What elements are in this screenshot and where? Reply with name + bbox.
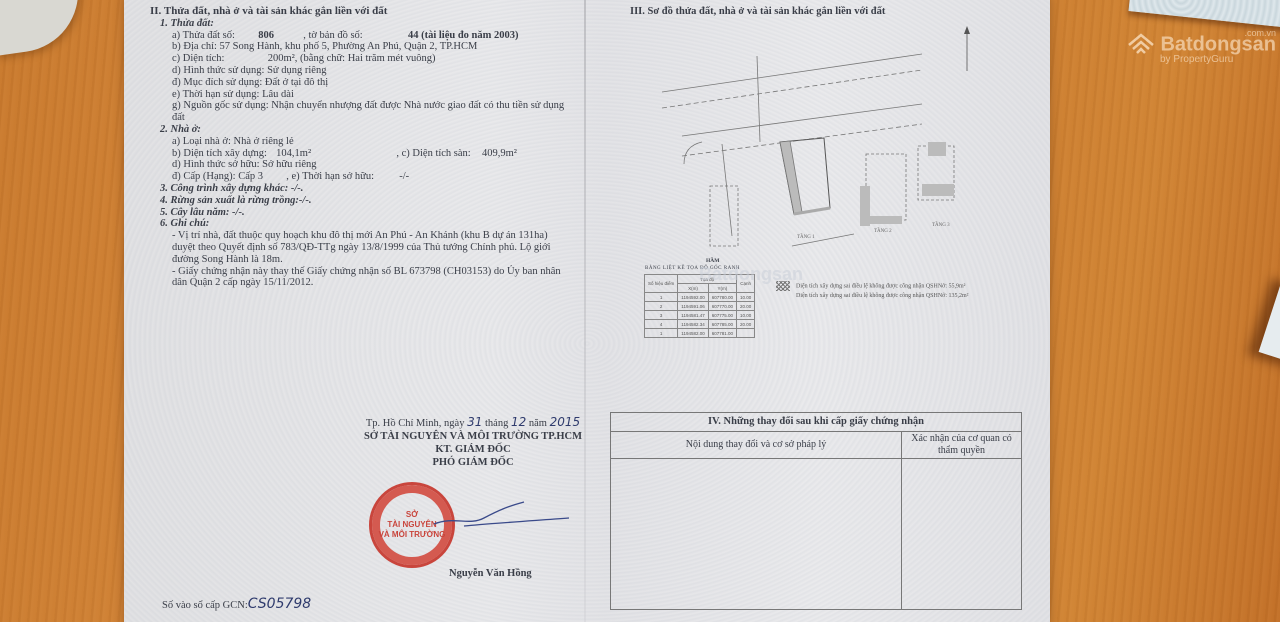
changes-col-confirmation: Xác nhận của cơ quan có thẩm quyền — [902, 432, 1021, 458]
table-row: 41194582.34607785.0020.00 — [645, 320, 755, 329]
parcel-number: 806 — [258, 30, 274, 41]
table-row: 21194591.06607770.0020.00 — [645, 302, 755, 311]
right-page: III. Sơ đồ thửa đất, nhà ở và tài sản kh… — [592, 0, 1050, 622]
background-paper — [0, 0, 86, 56]
background-paper — [1128, 0, 1280, 29]
other-works: 3. Công trình xây dựng khác: -/-. — [160, 183, 584, 195]
usage-origin-row: g) Nguồn gốc sử dụng: Nhận chuyển nhượng… — [172, 100, 572, 124]
table-row: 11194592.00607780.0010.00 — [645, 293, 755, 302]
house-type-row: a) Loại nhà ở: Nhà ở riêng lẻ — [172, 136, 584, 148]
note-item: - Giấy chứng nhận này thay thế Giấy chứn… — [172, 266, 572, 290]
table-row: 31194581.47607775.0010.00 — [645, 311, 755, 320]
changes-content-cell — [611, 459, 902, 609]
left-page: II. Thửa đất, nhà ở và tài sản khác gắn … — [144, 6, 584, 289]
sign-day: 31 — [467, 415, 482, 429]
legend: Diện tích xây dựng sai điều lệ không đượ… — [776, 281, 968, 301]
construction-area: 104,1m² — [276, 148, 311, 159]
table-row: 11194582.00607781.00 — [645, 329, 755, 338]
place-date: Tp. Hồ Chí Minh, ngày 31 tháng 12 năm 20… — [342, 416, 604, 430]
house-heading: 2. Nhà ở: — [160, 124, 584, 136]
svg-text:TẦNG 2: TẦNG 2 — [874, 228, 892, 234]
parcel-diagram: TẦNG 1 TẦNG 2 TẦNG 3 — [592, 26, 1050, 256]
land-parcel-row: a) Thửa đất số: 806 , tờ bản đồ số: 44 (… — [172, 30, 584, 42]
issuing-org: SỞ TÀI NGUYÊN VÀ MÔI TRƯỜNG TP.HCM — [342, 430, 604, 443]
forest: 4. Rừng sản xuất là rừng trồng:-/-. — [160, 195, 584, 207]
signer-name: Nguyễn Văn Hồng — [449, 568, 532, 579]
page-fold — [584, 0, 586, 622]
batdongsan-watermark: Batdongsan .com.vn by PropertyGuru — [1126, 32, 1276, 58]
notes-heading: 6. Ghi chú: — [160, 218, 584, 230]
background-paper — [1259, 276, 1280, 364]
changes-title: IV. Những thay đổi sau khi cấp giấy chứn… — [611, 413, 1021, 432]
ownership-form-row: d) Hình thức sở hữu: Sở hữu riêng — [172, 159, 584, 171]
gcn-register-number: Số vào sổ cấp GCN:CS05798 — [162, 596, 311, 612]
perennial-trees: 5. Cây lâu năm: -/-. — [160, 207, 584, 219]
note-item: - Vị trí nhà, đất thuộc quy hoạch khu đô… — [172, 230, 572, 265]
house-area-row: b) Diện tích xây dựng: 104,1m² , c) Diện… — [172, 148, 584, 160]
legend-item: Diện tích xây dựng sai điều lệ không đượ… — [776, 281, 968, 291]
document-watermark: Batdongsan — [699, 264, 803, 285]
north-arrow-icon — [964, 26, 970, 34]
address-row: b) Địa chỉ: 57 Song Hành, khu phố 5, Phư… — [172, 41, 584, 53]
legend-item: Diện tích xây dựng sai điều lệ không đượ… — [796, 291, 968, 301]
signature-icon — [424, 496, 574, 536]
land-use-certificate: II. Thửa đất, nhà ở và tài sản khác gắn … — [124, 0, 1050, 622]
usage-term-row: e) Thời hạn sử dụng: Lâu dài — [172, 89, 584, 101]
signer-role-1: KT. GIÁM ĐỐC — [342, 443, 604, 456]
signer-role-2: PHÓ GIÁM ĐỐC — [342, 456, 604, 469]
changes-col-content: Nội dung thay đổi và cơ sở pháp lý — [611, 432, 902, 458]
signature-block: Tp. Hồ Chí Minh, ngày 31 tháng 12 năm 20… — [342, 416, 604, 469]
sign-month: 12 — [511, 415, 526, 429]
usage-purpose-row: đ) Mục đích sử dụng: Đất ở tại đô thị — [172, 77, 584, 89]
land-heading: 1. Thửa đất: — [160, 18, 584, 30]
batdongsan-logo-icon — [1126, 32, 1156, 58]
svg-text:TẦNG 1: TẦNG 1 — [797, 234, 815, 240]
floor-area: 409,9m² — [482, 148, 517, 159]
sign-year: 2015 — [550, 415, 581, 429]
area-row: c) Diện tích: 200m², (bằng chữ: Hai trăm… — [172, 53, 584, 65]
usage-form-row: d) Hình thức sử dụng: Sử dụng riêng — [172, 65, 584, 77]
changes-table: IV. Những thay đổi sau khi cấp giấy chứn… — [610, 412, 1022, 610]
grade-row: đ) Cấp (Hạng): Cấp 3 , e) Thời hạn sở hữ… — [172, 171, 584, 183]
section-title-ii: II. Thửa đất, nhà ở và tài sản khác gắn … — [150, 6, 584, 18]
section-title-iii: III. Sơ đồ thửa đất, nhà ở và tài sản kh… — [630, 6, 885, 17]
land-area: 200m², (bằng chữ: Hai trăm mét vuông) — [268, 53, 436, 64]
svg-text:TẦNG 3: TẦNG 3 — [932, 222, 950, 228]
map-sheet-number: 44 (tài liệu đo năm 2003) — [408, 30, 519, 41]
